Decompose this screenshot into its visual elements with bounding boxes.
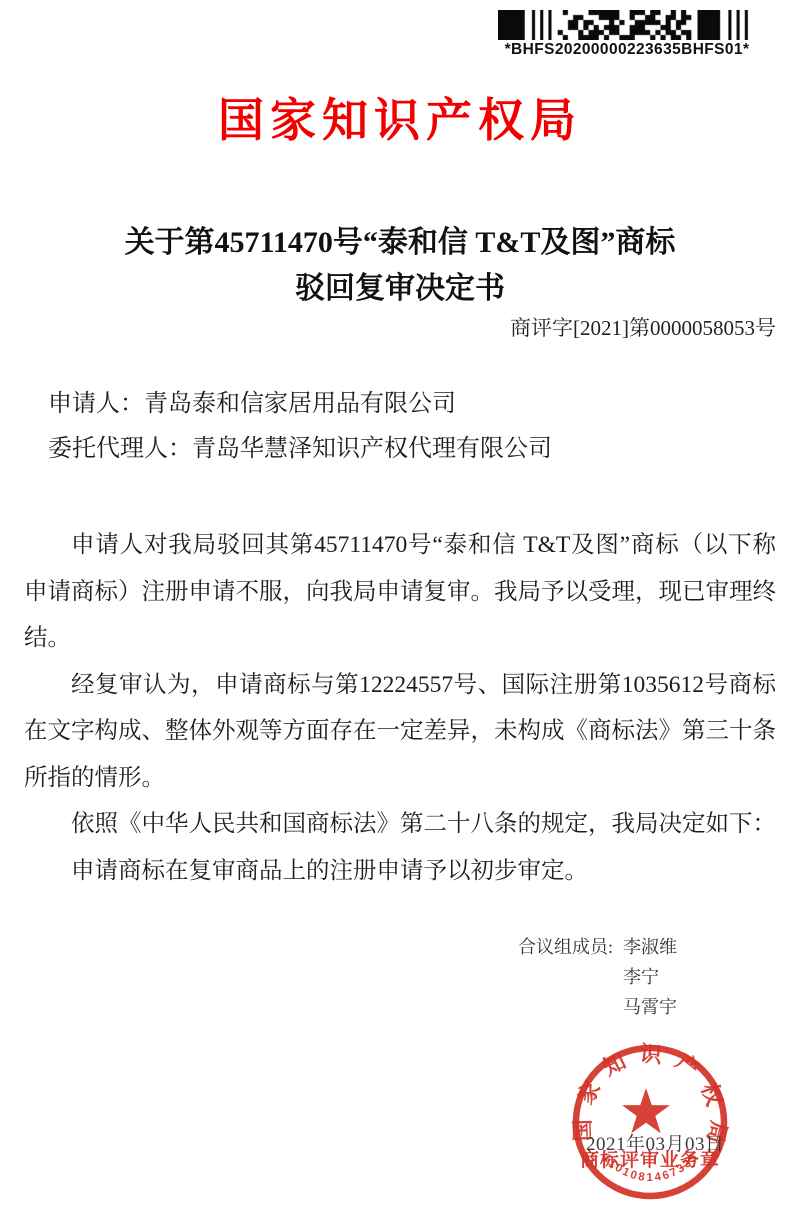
committee-section: 合议组成员: 李淑维 李宁 马霄宇 [518,932,800,1022]
paragraph: 经复审认为，申请商标与第12224557号、国际注册第1035612号商标在文字… [24,662,776,802]
committee-label: 合议组成员: [518,932,613,1022]
applicant-line: 申请人：青岛泰和信家居用品有限公司 [24,382,776,427]
decision-body: 申请人对我局驳回其第45711470号“泰和信 T&T及图”商标（以下称申请商标… [24,522,776,894]
barcode: *BHFS20200000223635BHFS01* [498,10,756,59]
agent-label: 委托代理人： [48,436,192,462]
barcode-image [498,10,753,40]
document-number: 商评字[2021]第0000058053号 [24,312,776,344]
star-icon [622,1088,670,1133]
document-title-line2: 驳回复审决定书 [24,266,776,312]
paragraph: 申请商标在复审商品上的注册申请予以初步审定。 [24,848,776,895]
agency-title: 国家知识产权局 [0,90,800,150]
paragraph: 依照《中华人民共和国商标法》第二十八条的规定，我局决定如下： [24,801,776,848]
agent-name: 青岛华慧泽知识产权代理有限公司 [192,436,552,462]
document-title-line1: 关于第45711470号“泰和信 T&T及图”商标 [24,220,776,266]
applicant-name: 青岛泰和信家居用品有限公司 [144,391,456,417]
applicant-label: 申请人： [48,391,144,417]
document-title: 关于第45711470号“泰和信 T&T及图”商标 驳回复审决定书 [24,220,776,312]
seal-date: 2021年03月03日 [586,1129,725,1156]
agent-line: 委托代理人：青岛华慧泽知识产权代理有限公司 [24,427,776,472]
seal-graphic: 国家知识产权局 商标评审业务章 1101081467335 [570,1042,730,1202]
committee-member: 马霄宇 [623,992,677,1022]
parties-section: 申请人：青岛泰和信家居用品有限公司 委托代理人：青岛华慧泽知识产权代理有限公司 [24,382,776,472]
official-seal: 国家知识产权局 商标评审业务章 1101081467335 [570,1042,730,1202]
document-page: *BHFS20200000223635BHFS01* 国家知识产权局 关于第45… [0,0,800,1208]
committee-member: 李宁 [623,962,677,992]
paragraph: 申请人对我局驳回其第45711470号“泰和信 T&T及图”商标（以下称申请商标… [24,522,776,662]
committee-members: 李淑维 李宁 马霄宇 [623,932,677,1022]
committee-member: 李淑维 [623,932,677,962]
barcode-text: *BHFS20200000223635BHFS01* [498,41,756,59]
